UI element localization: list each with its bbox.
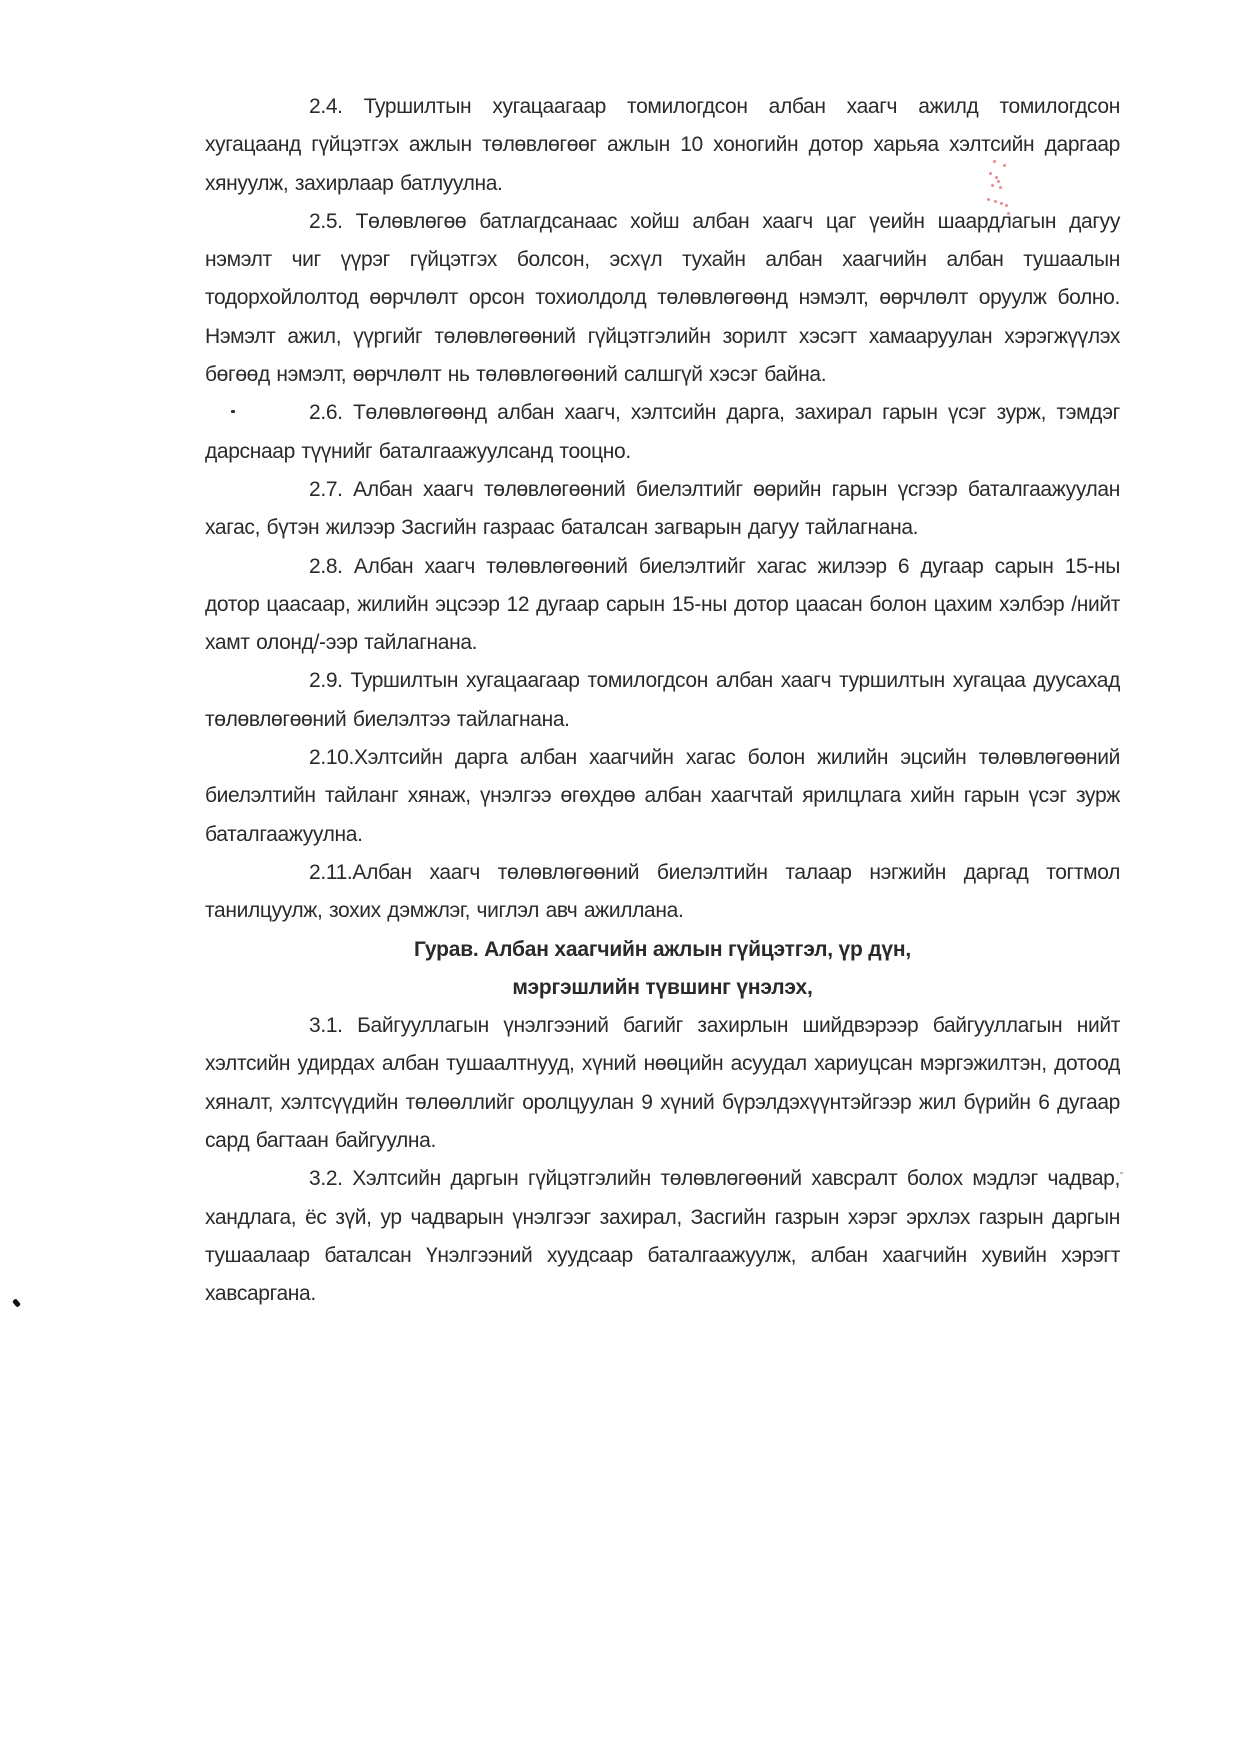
paragraph-text: Төлөвлөгөөнд албан хаагч, хэлтсийн дарга… — [205, 401, 1120, 462]
paragraph-3-2: 3.2. Хэлтсийн даргын гүйцэтгэлийн төлөвл… — [205, 1160, 1120, 1313]
paragraph-text: Албан хаагч төлөвлөгөөний биелэлтийг өөр… — [205, 478, 1120, 539]
paragraph-text: Албан хаагч төлөвлөгөөний биелэлтийг хаг… — [205, 555, 1120, 655]
paragraph-2-7: 2.7. Албан хаагч төлөвлөгөөний биелэлтий… — [205, 471, 1120, 548]
paragraph-3-1: 3.1. Байгууллагын үнэлгээний багийг захи… — [205, 1007, 1120, 1160]
paragraph-2-6: 2.6. Төлөвлөгөөнд албан хаагч, хэлтсийн … — [205, 394, 1120, 471]
stamp-mark-icon — [985, 158, 1015, 218]
paragraph-text: Туршилтын хугацаагаар томилогдсон албан … — [205, 669, 1120, 730]
paragraph-2-11: 2.11.Албан хаагч төлөвлөгөөний биелэлтий… — [205, 854, 1120, 931]
paragraph-2-4: 2.4. Туршилтын хугацаагаар томилогдсон а… — [205, 88, 1120, 203]
paragraph-number: 2.6. — [257, 394, 343, 432]
paragraph-2-8: 2.8. Албан хаагч төлөвлөгөөний биелэлтий… — [205, 548, 1120, 663]
paragraph-text: Хэлтсийн даргын гүйцэтгэлийн төлөвлөгөөн… — [205, 1167, 1120, 1305]
paragraph-2-5: 2.5. Төлөвлөгөө батлагдсанаас хойш албан… — [205, 203, 1120, 394]
paragraph-text: Байгууллагын үнэлгээний багийг захирлын … — [205, 1014, 1120, 1152]
paragraph-number: 2.8. — [257, 548, 343, 586]
document-page: 2.4. Туршилтын хугацаагаар томилогдсон а… — [205, 88, 1120, 1314]
paragraph-number: 2.5. — [257, 203, 343, 241]
paragraph-number: 2.7. — [257, 471, 343, 509]
paragraph-2-9: 2.9. Туршилтын хугацаагаар томилогдсон а… — [205, 662, 1120, 739]
scan-artifact — [12, 1298, 21, 1307]
paragraph-number: 2.11. — [257, 854, 352, 892]
paragraph-number: 2.10. — [257, 739, 354, 777]
section-heading-line-2: мэргэшлийн түвшинг үнэлэх, — [205, 969, 1120, 1007]
scan-artifact — [231, 410, 235, 413]
paragraph-number: 3.1. — [257, 1007, 343, 1045]
paragraph-number: 2.4. — [257, 88, 343, 126]
paragraph-number: 2.9. — [257, 662, 343, 700]
paragraph-2-10: 2.10.Хэлтсийн дарга албан хаагчийн хагас… — [205, 739, 1120, 854]
scan-artifact — [1120, 1172, 1123, 1174]
paragraph-number: 3.2. — [257, 1160, 343, 1198]
section-heading-line-1: Гурав. Албан хаагчийн ажлын гүйцэтгэл, ү… — [205, 931, 1120, 969]
paragraph-text: Туршилтын хугацаагаар томилогдсон албан … — [205, 95, 1120, 195]
